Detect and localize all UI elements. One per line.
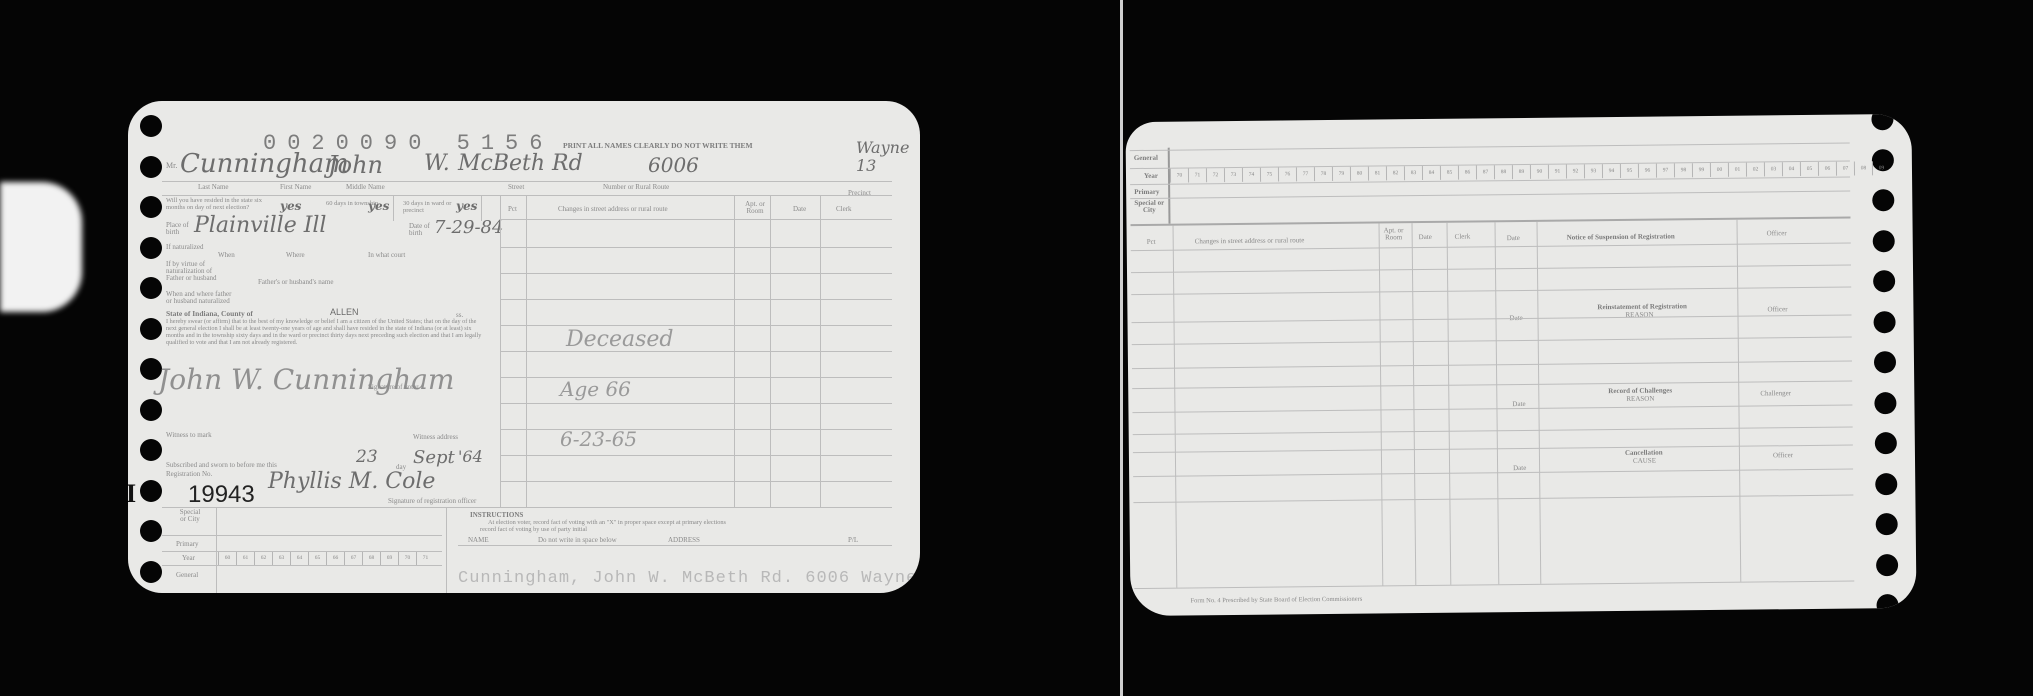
- year-cell: 00: [1710, 163, 1728, 177]
- year-cell: 75: [1260, 168, 1278, 182]
- row-primary: Primary: [176, 540, 199, 548]
- subscribed-month: Sept: [413, 447, 455, 468]
- year-cell: 71: [416, 551, 434, 565]
- year-cell: 05: [1800, 162, 1818, 176]
- rule: [1133, 495, 1853, 504]
- roman-mark: I: [128, 479, 136, 509]
- year-cell: 71: [1188, 168, 1206, 182]
- rule: [500, 403, 892, 404]
- punch-hole: [1876, 594, 1898, 616]
- rule: [500, 481, 892, 482]
- year-cell: 70: [1170, 168, 1188, 182]
- year-cell: 04: [1782, 162, 1800, 176]
- label-reinstatement-officer: Officer: [1767, 305, 1787, 313]
- row-primary: Primary: [1134, 188, 1159, 196]
- header-apt: Apt. or Room: [740, 201, 770, 215]
- rule: [1379, 223, 1384, 585]
- subscribed-day: 23: [356, 447, 378, 467]
- punch-hole: [1873, 230, 1895, 252]
- label-registration-no: Registration No.: [166, 470, 212, 478]
- rule: [500, 455, 892, 456]
- label-officer-signature: Signature of registration officer: [388, 497, 476, 505]
- instructions-text-1: At election voter, record fact of voting…: [488, 519, 726, 526]
- punch-hole: [140, 237, 162, 259]
- punch-hole: [140, 277, 162, 299]
- county-value: ALLEN: [330, 307, 359, 317]
- label-challenges-reason: REASON: [1626, 395, 1654, 403]
- year-cell: 09: [1872, 161, 1890, 175]
- year-cell: 03: [1764, 162, 1782, 176]
- year-cell: 64: [290, 551, 308, 565]
- year-cell: 78: [1314, 167, 1332, 181]
- rule: [500, 429, 892, 430]
- label-residency-state: Will you have resided in the state six m…: [166, 197, 266, 211]
- rule: [1173, 226, 1178, 588]
- label-cancellation-date: Date: [1513, 464, 1526, 472]
- typed-voter-line: Cunningham, John W. McBeth Rd. 6006 Wayn…: [458, 569, 917, 588]
- rule: [500, 377, 892, 378]
- rule: [1130, 143, 1850, 152]
- year-cell: 80: [1350, 167, 1368, 181]
- year-cell: 77: [1296, 167, 1314, 181]
- punch-hole: [140, 480, 162, 502]
- year-cell: 73: [1224, 168, 1242, 182]
- year-cell: 85: [1440, 166, 1458, 180]
- label-state-county: State of Indiana, County of: [166, 309, 253, 318]
- label-name: NAME: [468, 536, 489, 544]
- row-year: Year: [1144, 172, 1158, 180]
- punch-hole: [1873, 311, 1895, 333]
- rule: [500, 219, 892, 220]
- punch-hole: [1871, 114, 1893, 130]
- officer-signature: Phyllis M. Cole: [268, 469, 435, 494]
- rule: [1495, 222, 1500, 584]
- rule: [1131, 217, 1851, 227]
- label-witness-mark: Witness to mark: [166, 431, 212, 439]
- punch-hole: [1872, 189, 1894, 211]
- punch-hole: [140, 156, 162, 178]
- year-cell: 87: [1476, 165, 1494, 179]
- punch-holes-left: [140, 115, 162, 583]
- label-street: Street: [508, 183, 524, 191]
- label-do-not-write: Do not write in space below: [538, 536, 617, 544]
- header-changes: Changes in street address or rural route: [1195, 236, 1305, 245]
- year-cell: 70: [398, 551, 416, 565]
- header-date: Date: [793, 205, 806, 213]
- house-number: 6006: [648, 153, 699, 177]
- year-cell: 95: [1620, 164, 1638, 178]
- punch-hole: [140, 520, 162, 542]
- punch-holes-right: [1871, 114, 1898, 616]
- label-witness-address: Witness address: [413, 433, 458, 441]
- rule: [500, 247, 892, 248]
- label-last-name: Last Name: [198, 183, 229, 191]
- year-cell: 99: [1692, 163, 1710, 177]
- year-cell: 91: [1548, 165, 1566, 179]
- year-cell: 81: [1368, 166, 1386, 180]
- punch-hole: [140, 318, 162, 340]
- rule: [1537, 222, 1542, 584]
- registration-card-front: 0020090 5156 PRINT ALL NAMES CLEARLY DO …: [128, 101, 920, 593]
- rule: [1131, 287, 1851, 296]
- punch-hole: [1875, 473, 1897, 495]
- label-suspension-date: Date: [1507, 234, 1520, 242]
- punch-hole: [1873, 270, 1895, 292]
- label-subscribed: Subscribed and sworn to before me this: [166, 461, 277, 469]
- rule: [458, 545, 892, 546]
- label-where: Where: [286, 251, 305, 259]
- rule: [500, 273, 892, 274]
- label-court: In what court: [368, 251, 405, 259]
- punch-hole: [140, 115, 162, 137]
- year-cell: 79: [1332, 167, 1350, 181]
- frame-divider: [1120, 0, 1123, 696]
- row-special-city: Special or City: [1134, 200, 1164, 214]
- year-cell: 88: [1494, 165, 1512, 179]
- label-number: Number or Rural Route: [603, 183, 669, 191]
- rule: [1132, 381, 1852, 390]
- rule: [162, 565, 442, 566]
- row-special-city: Special or City: [176, 509, 204, 523]
- year-cell: 68: [362, 551, 380, 565]
- rule: [1168, 148, 1171, 224]
- header-clerk: Clerk: [836, 205, 852, 213]
- rule: [162, 507, 892, 508]
- year-cell: 93: [1584, 164, 1602, 178]
- street-name: McBeth Rd: [458, 151, 583, 176]
- label-father-naturalization: If by virtue of naturalization of Father…: [166, 261, 226, 282]
- rule: [162, 181, 892, 182]
- header-pct: Pct: [1147, 238, 1156, 246]
- rule: [500, 299, 892, 300]
- punch-hole: [1874, 351, 1896, 373]
- punch-hole: [140, 561, 162, 583]
- rule: [1447, 223, 1452, 585]
- voter-signature: John W. Cunningham: [158, 363, 454, 396]
- middle-name: W.: [424, 151, 450, 176]
- year-cell: 63: [272, 551, 290, 565]
- year-cell: 67: [344, 551, 362, 565]
- rule: [1133, 427, 1853, 436]
- overexposed-edge: [0, 182, 82, 312]
- year-cell: 98: [1674, 163, 1692, 177]
- label-place-of-birth: Place of birth: [166, 222, 196, 236]
- header-note: PRINT ALL NAMES CLEARLY DO NOT WRITE THE…: [563, 141, 753, 150]
- answer-residency-township: yes: [368, 199, 389, 213]
- subscribed-year: '64: [458, 447, 483, 466]
- punch-hole: [140, 439, 162, 461]
- year-cell: 08: [1854, 161, 1872, 175]
- rule: [162, 195, 892, 196]
- header-apt: Apt. or Room: [1379, 227, 1409, 241]
- label-when: When: [218, 251, 235, 259]
- front-year-cells: 60 61 62 63 64 65 66 67 68 69 70 71: [218, 551, 434, 565]
- rule: [1131, 265, 1851, 274]
- year-cell: 72: [1206, 168, 1224, 182]
- header-clerk: Clerk: [1455, 233, 1471, 241]
- year-cell: 97: [1656, 163, 1674, 177]
- label-cancellation-officer: Officer: [1773, 451, 1793, 459]
- year-cell: 65: [308, 551, 326, 565]
- label-first-name: First Name: [280, 183, 311, 191]
- year-cell: 66: [326, 551, 344, 565]
- punch-hole: [1874, 392, 1896, 414]
- rule: [1134, 581, 1854, 590]
- rule: [162, 535, 442, 536]
- first-name: John: [328, 151, 383, 179]
- oath-text: I hereby swear (or affirm) that to the b…: [166, 318, 486, 346]
- entry-deceased: Deceased: [566, 327, 674, 352]
- year-cell: 92: [1566, 164, 1584, 178]
- label-address: ADDRESS: [668, 536, 700, 544]
- rule: [1132, 361, 1852, 370]
- punch-hole: [1876, 554, 1898, 576]
- rule: [162, 551, 442, 552]
- cancellation-title: Cancellation: [1625, 449, 1663, 457]
- punch-hole: [1876, 513, 1898, 535]
- header-date: Date: [1419, 233, 1432, 241]
- form-footer: Form No. 4 Prescribed by State Board of …: [1190, 596, 1362, 605]
- year-cell: 01: [1728, 163, 1746, 177]
- header-pct: Pct: [508, 205, 517, 213]
- year-cell: 76: [1278, 167, 1296, 181]
- year-cell: 84: [1422, 166, 1440, 180]
- punch-hole: [140, 196, 162, 218]
- label-cancellation-cause: CAUSE: [1633, 457, 1656, 465]
- rule: [1133, 445, 1853, 454]
- answer-residency-precinct: yes: [456, 199, 477, 213]
- rule: [500, 351, 892, 352]
- entry-age: Age 66: [560, 377, 631, 401]
- punch-hole: [140, 399, 162, 421]
- instructions-title: INSTRUCTIONS: [470, 511, 523, 519]
- row-year: Year: [182, 554, 195, 562]
- place-of-birth: Plainville Ill: [194, 213, 326, 238]
- registration-card-back: General Year Primary Special or City 70 …: [1125, 114, 1916, 616]
- precinct-value: Wayne 13: [856, 139, 916, 175]
- rule: [1132, 315, 1852, 324]
- instructions-text-2: record fact of voting by use of party in…: [480, 526, 587, 533]
- year-cell: 69: [380, 551, 398, 565]
- label-challenger: Challenger: [1760, 389, 1791, 397]
- year-cell: 86: [1458, 165, 1476, 179]
- label-challenges-date: Date: [1512, 400, 1525, 408]
- year-cell: 61: [236, 551, 254, 565]
- year-cell: 96: [1638, 164, 1656, 178]
- rule: [1412, 223, 1417, 585]
- rule: [500, 325, 892, 326]
- rule: [1132, 337, 1852, 346]
- date-of-birth: 7-29-84: [434, 217, 503, 238]
- year-cell: 02: [1746, 162, 1764, 176]
- entry-date: 6-23-65: [560, 427, 637, 451]
- year-cell: 74: [1242, 168, 1260, 182]
- row-general: General: [1134, 154, 1158, 162]
- year-cell: 07: [1836, 162, 1854, 176]
- label-date-of-birth: Date of birth: [409, 223, 437, 237]
- header-changes: Changes in street address or rural route: [558, 205, 668, 213]
- suspension-title: Notice of Suspension of Registration: [1567, 232, 1675, 241]
- label-suspension-officer: Officer: [1767, 229, 1787, 237]
- name-prefix: Mr.: [166, 161, 177, 170]
- year-cell: 60: [218, 551, 236, 565]
- registration-number: 19943: [188, 481, 255, 509]
- year-cell: 82: [1386, 166, 1404, 180]
- label-pct: P/L: [848, 536, 858, 544]
- rule: [446, 507, 447, 593]
- year-cell: 94: [1602, 164, 1620, 178]
- last-name: Cunningham: [180, 149, 349, 179]
- label-father-when-where: When and where father or husband natural…: [166, 291, 238, 305]
- label-signature-voter: Signature of voter: [368, 383, 419, 391]
- label-naturalized: If naturalized: [166, 243, 204, 251]
- label-father-name: Father's or husband's name: [258, 278, 333, 286]
- year-cell: 90: [1530, 165, 1548, 179]
- rule: [1736, 220, 1741, 582]
- year-cell: 83: [1404, 166, 1422, 180]
- answer-residency-state: yes: [280, 199, 301, 213]
- rule: [216, 507, 217, 593]
- punch-hole: [1875, 432, 1897, 454]
- rule: [1132, 405, 1852, 414]
- year-cell: 62: [254, 551, 272, 565]
- year-cell: 89: [1512, 165, 1530, 179]
- rule: [393, 195, 394, 221]
- label-middle-name: Middle Name: [346, 183, 385, 191]
- year-cell: 06: [1818, 162, 1836, 176]
- rule: [1130, 191, 1850, 200]
- row-general: General: [176, 571, 198, 579]
- rule: [1133, 469, 1853, 478]
